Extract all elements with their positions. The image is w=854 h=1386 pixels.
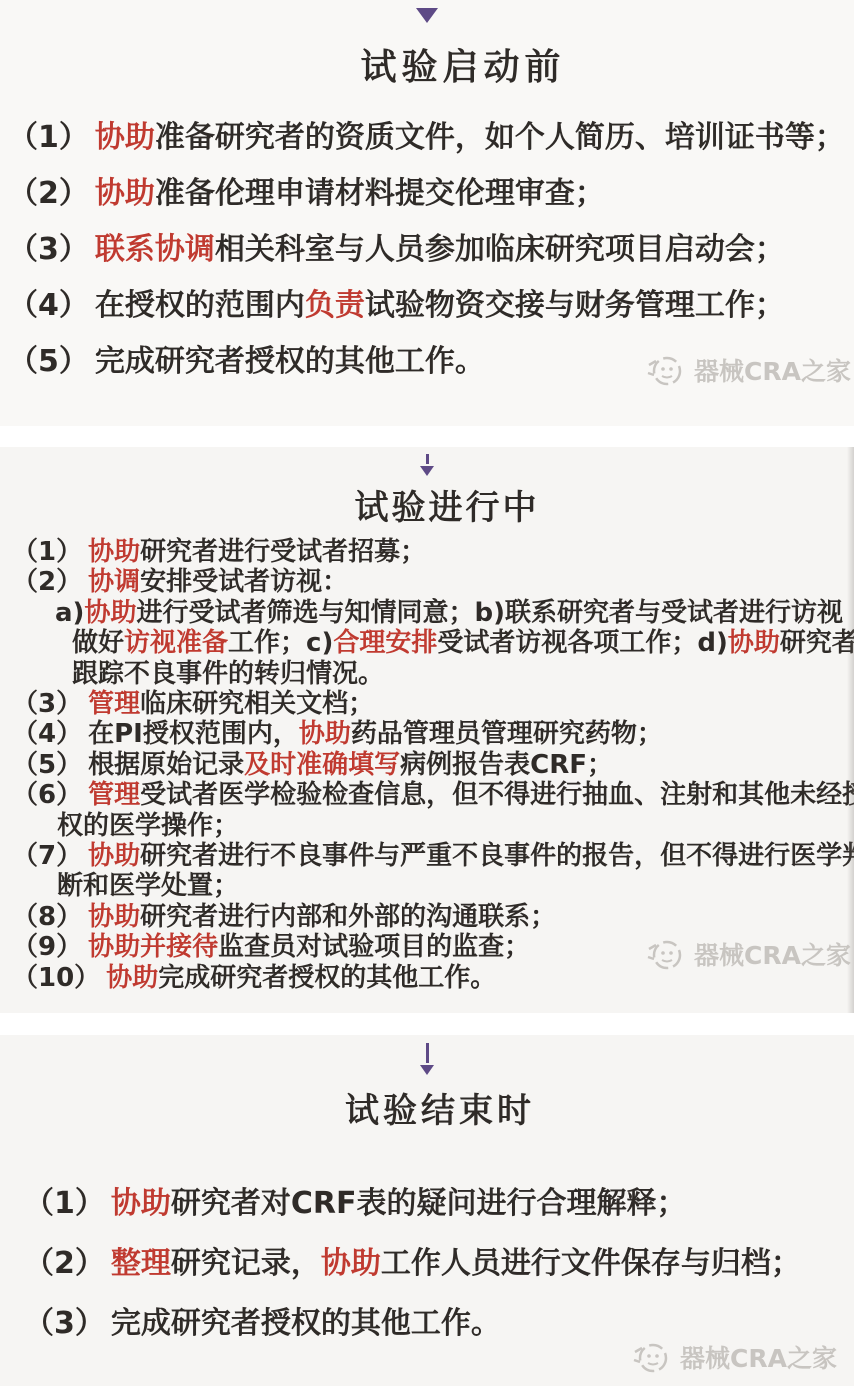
highlighted-text: 协助 [299,719,351,749]
list-item: （1）协助研究者对CRF表的疑问进行合理解释； [0,1174,854,1234]
item-number: （2） [12,567,82,597]
list-item: （7）协助研究者进行不良事件与严重不良事件的报告，但不得进行医学判 [0,841,854,871]
item-number: （1） [12,537,82,567]
list-item: （8）协助研究者进行内部和外部的沟通联系； [0,902,854,932]
watermark-text: 器械CRA之家 [694,936,851,972]
scan-edge-artifact [847,447,854,1013]
item-text: 研究者进行受试者招募； [140,537,426,567]
item-number: （3） [24,1306,105,1341]
list-item: 断和医学处置； [0,871,854,901]
highlighted-text: 协助 [106,963,158,993]
list-item: （2）协助准备伦理申请材料提交伦理审查； [0,166,854,222]
item-number: （6） [12,780,82,810]
highlighted-text: 协助 [95,120,155,155]
down-arrow-icon [0,0,854,23]
item-number: （9） [12,932,82,962]
item-number: （2） [24,1246,105,1281]
list-item: （4）在授权的范围内负责试验物资交接与财务管理工作； [0,278,854,334]
duty-list: （1）协助研究者进行受试者招募；（2）协调安排受试者访视：a)协助进行受试者筛选… [0,537,854,993]
item-text: 病例报告表CRF； [400,750,613,780]
item-text: 权的医学操作； [57,811,239,841]
cra-home-logo-icon [644,349,686,391]
list-item: （2）协调安排受试者访视： [0,567,854,597]
highlighted-text: 整理 [111,1246,171,1281]
list-item: 跟踪不良事件的转归情况。 [0,659,854,689]
item-number: （1） [24,1186,105,1221]
item-text: 根据原始记录 [88,750,244,780]
item-text: 研究者对CRF表的疑问进行合理解释； [171,1186,687,1221]
item-number: （1） [8,120,89,155]
list-item: 做好访视准备工作；c)合理安排受试者访视各项工作；d)协助研究者 [0,628,854,658]
item-text: 临床研究相关文档； [140,689,374,719]
section-header: 试验结束时 [0,1035,854,1132]
list-item: （3）管理临床研究相关文档； [0,689,854,719]
highlighted-text: 协助 [88,841,140,871]
item-text: 准备研究者的资质文件，如个人简历、培训证书等； [155,120,845,155]
item-text: 跟踪不良事件的转归情况。 [72,659,384,689]
item-text: 完成研究者授权的其他工作。 [95,344,485,379]
list-item: （2）整理研究记录，协助工作人员进行文件保存与归档； [0,1234,854,1294]
item-number: （3） [8,232,89,267]
list-item: （5）根据原始记录及时准确填写病例报告表CRF； [0,750,854,780]
item-text: 做好 [72,628,124,658]
item-number: （3） [12,689,82,719]
highlighted-text: 协助 [728,628,780,658]
section-title: 试验进行中 [20,480,854,529]
highlighted-text: 管理 [88,689,140,719]
highlighted-text: 协助 [88,537,140,567]
item-number: （4） [12,719,82,749]
item-number: （8） [12,902,82,932]
item-number: （5） [8,344,89,379]
highlighted-text: 联系协调 [95,232,215,267]
section-header: 试验进行中 [0,447,854,529]
item-text: 完成研究者授权的其他工作。 [111,1306,501,1341]
item-text: 试验物资交接与财务管理工作； [365,288,785,323]
item-text: 在PI授权范围内， [88,719,299,749]
item-text: 研究者 [780,628,854,658]
section-title: 试验结束时 [13,1083,854,1132]
item-text: 工作人员进行文件保存与归档； [381,1246,801,1281]
list-item: （4）在PI授权范围内，协助药品管理员管理研究药物； [0,719,854,749]
section-title: 试验启动前 [36,39,854,90]
watermark-text: 器械CRA之家 [680,1339,837,1375]
item-text: 受试者医学检验检查信息，但不得进行抽血、注射和其他未经授 [140,780,854,810]
list-item: 权的医学操作； [0,811,854,841]
cra-home-logo-icon [644,933,686,975]
highlighted-text: 协助 [88,902,140,932]
item-text: 药品管理员管理研究药物； [351,719,663,749]
duty-list: （1）协助研究者对CRF表的疑问进行合理解释；（2）整理研究记录，协助工作人员进… [0,1174,854,1354]
section-end-of-trial: 试验结束时 （1）协助研究者对CRF表的疑问进行合理解释；（2）整理研究记录，协… [0,1035,854,1386]
section-during-trial: 试验进行中 （1）协助研究者进行受试者招募；（2）协调安排受试者访视：a)协助进… [0,447,854,1013]
item-text: 在授权的范围内 [95,288,305,323]
down-arrow-icon [0,447,854,476]
item-text: 受试者访视各项工作；d) [437,628,728,658]
highlighted-text: 协助 [84,598,136,628]
item-text: 进行受试者筛选与知情同意；b)联系研究者与受试者进行访视 [136,598,843,628]
highlighted-text: 合理安排 [333,628,437,658]
item-text: 研究记录， [171,1246,321,1281]
section-header: 试验启动前 [0,0,854,90]
highlighted-text: 管理 [88,780,140,810]
item-text: 相关科室与人员参加临床研究项目启动会； [215,232,785,267]
item-number: （4） [8,288,89,323]
item-text: 工作；c) [228,628,333,658]
item-text: 研究者进行内部和外部的沟通联系； [140,902,556,932]
cra-home-logo-icon [630,1336,672,1378]
highlighted-text: 访视准备 [124,628,228,658]
watermark: 器械CRA之家 [630,1336,837,1378]
list-item: a)协助进行受试者筛选与知情同意；b)联系研究者与受试者进行访视 [0,598,854,628]
highlighted-text: 协助 [111,1186,171,1221]
highlighted-text: 协助 [321,1246,381,1281]
highlighted-text: 协调 [88,567,140,597]
watermark: 器械CRA之家 [644,933,851,975]
item-number: （7） [12,841,82,871]
item-text: 断和医学处置； [57,871,239,901]
list-item: （1）协助准备研究者的资质文件，如个人简历、培训证书等； [0,110,854,166]
duty-list: （1）协助准备研究者的资质文件，如个人简历、培训证书等；（2）协助准备伦理申请材… [0,110,854,390]
item-number: （2） [8,176,89,211]
item-text: 监查员对试验项目的监查； [218,932,530,962]
watermark-text: 器械CRA之家 [694,352,851,388]
item-number: （5） [12,750,82,780]
highlighted-text: 负责 [305,288,365,323]
item-text: 准备伦理申请材料提交伦理审查； [155,176,605,211]
list-item: （6）管理受试者医学检验检查信息，但不得进行抽血、注射和其他未经授 [0,780,854,810]
down-arrow-icon [0,1035,854,1075]
list-item: （1）协助研究者进行受试者招募； [0,537,854,567]
highlighted-text: 协助 [95,176,155,211]
highlighted-text: 协助并接待 [88,932,218,962]
highlighted-text: 及时准确填写 [244,750,400,780]
item-text: 完成研究者授权的其他工作。 [158,963,496,993]
item-text: 安排受试者访视： [140,567,348,597]
item-text: 研究者进行不良事件与严重不良事件的报告，但不得进行医学判 [140,841,854,871]
list-item: （3）联系协调相关科室与人员参加临床研究项目启动会； [0,222,854,278]
watermark: 器械CRA之家 [644,349,851,391]
item-number: （10） [12,963,100,993]
item-text: a) [55,598,84,628]
